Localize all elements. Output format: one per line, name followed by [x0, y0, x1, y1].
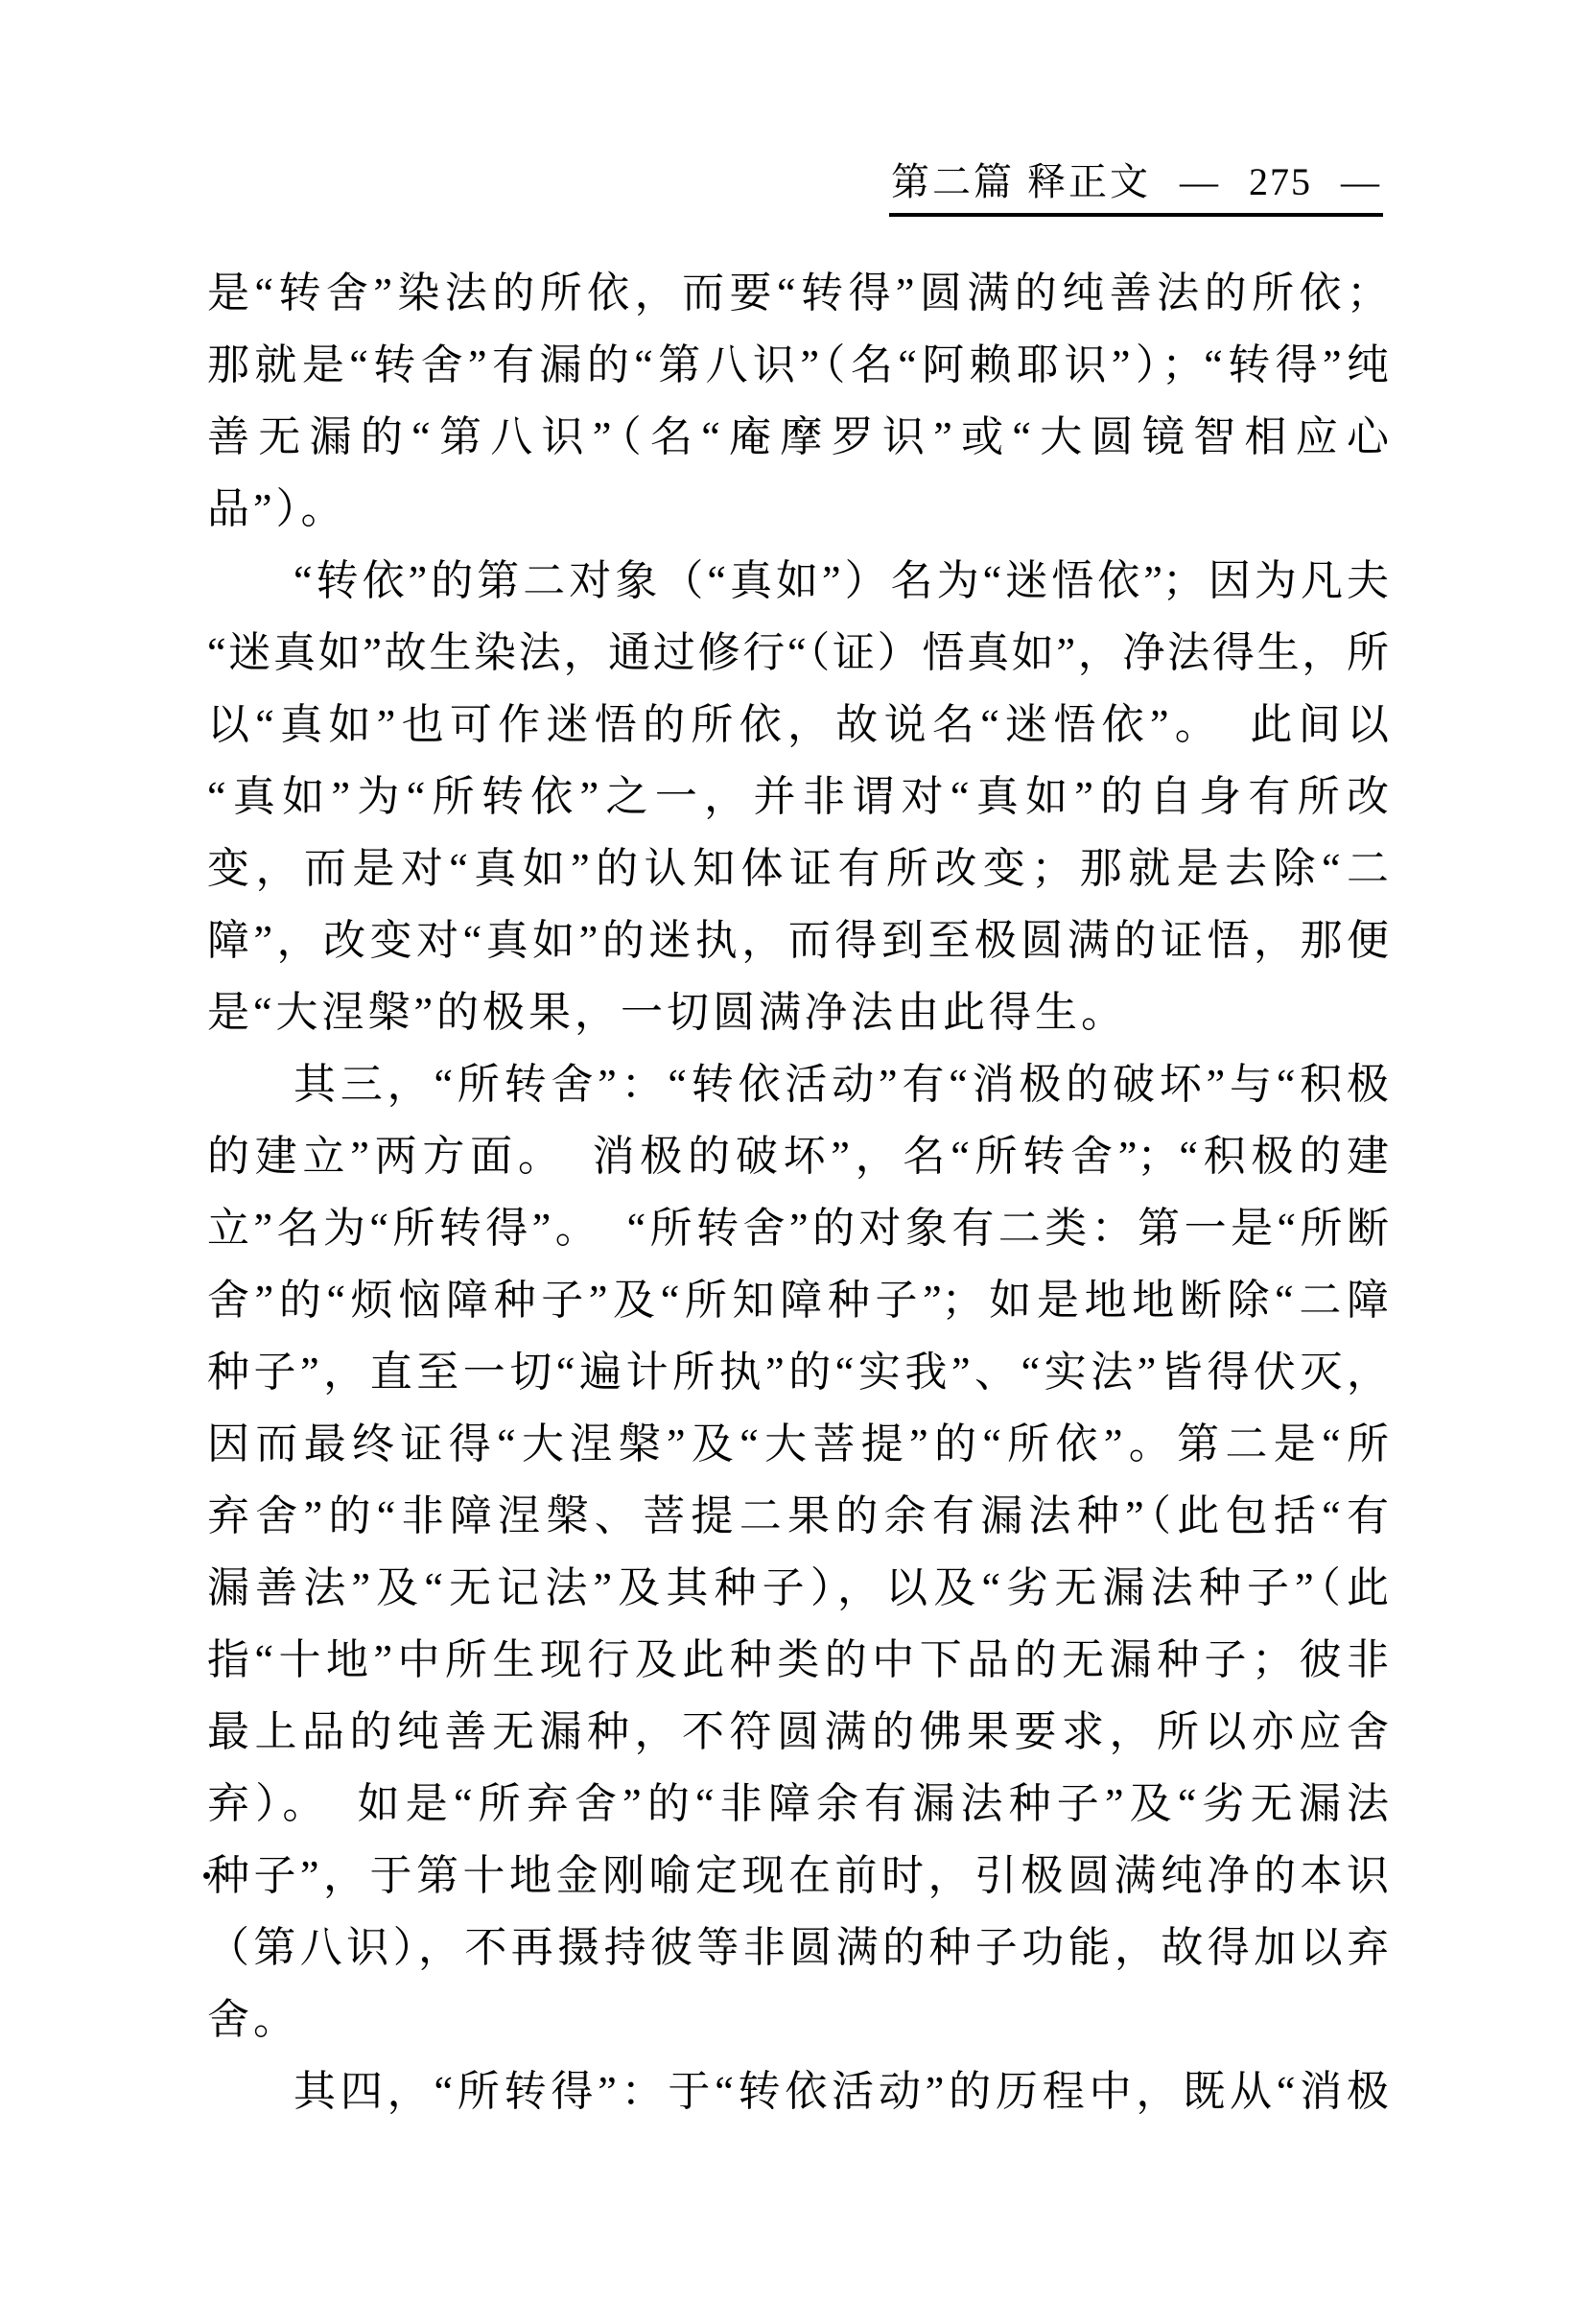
page-number: — 275 —	[1180, 163, 1381, 201]
text-line: 最上品的纯善无漏种，不符圆满的佛果要求，所以亦应舍	[207, 1696, 1389, 1768]
text-line: 弃舍”的“非障涅槃、菩提二果的余有漏法种”（此包括“有	[207, 1480, 1389, 1552]
text-line: 其四，“所转得”：于“转依活动”的历程中，既从“消极	[207, 2055, 1389, 2127]
text-line: 的建立”两方面。 消极的破坏”，名“所转舍”；“积极的建	[207, 1120, 1389, 1192]
text-line: 舍”的“烦恼障种子”及“所知障种子”；如是地地断除“二障	[207, 1264, 1389, 1336]
text-line: （第八识），不再摄持彼等非圆满的种子功能，故得加以弃	[207, 1912, 1389, 1984]
scan-speck	[203, 1872, 210, 1879]
text-line: 立”名为“所转得”。 “所转舍”的对象有二类：第一是“所断	[207, 1192, 1389, 1264]
text-line: “迷真如”故生染法，通过修行“（证）悟真如”，净法得生，所	[207, 617, 1389, 689]
text-line: 弃）。 如是“所弃舍”的“非障余有漏法种子”及“劣无漏法	[207, 1768, 1389, 1840]
text-line: “真如”为“所转依”之一，并非谓对“真如”的自身有所改	[207, 761, 1389, 833]
text-line: 是“大涅槃”的极果，一切圆满净法由此得生。	[207, 976, 1389, 1048]
body-text: 是“转舍”染法的所依，而要“转得”圆满的纯善法的所依； 那就是“转舍”有漏的“第…	[207, 257, 1389, 2127]
text-line: 种子”，于第十地金刚喻定现在前时，引极圆满纯净的本识	[207, 1840, 1389, 1912]
text-line: 善无漏的“第八识”（名“庵摩罗识”或“大圆镜智相应心	[207, 401, 1389, 473]
text-line: 以“真如”也可作迷悟的所依，故说名“迷悟依”。 此间以	[207, 689, 1389, 761]
text-line: 指“十地”中所生现行及此种类的中下品的无漏种子；彼非	[207, 1624, 1389, 1696]
book-page: 第二篇 释正文 — 275 — 是“转舍”染法的所依，而要“转得”圆满的纯善法的…	[0, 0, 1596, 2301]
text-line: 漏善法”及“无记法”及其种子），以及“劣无漏法种子”（此	[207, 1552, 1389, 1624]
text-line: 品”）。	[207, 473, 1389, 545]
section-title: 第二篇 释正文	[891, 163, 1151, 201]
text-line: 因而最终证得“大涅槃”及“大菩提”的“所依”。第二是“所	[207, 1408, 1389, 1480]
page-header: 第二篇 释正文 — 275 —	[889, 163, 1383, 217]
text-line: 其三，“所转舍”：“转依活动”有“消极的破坏”与“积极	[207, 1048, 1389, 1120]
text-line: 种子”，直至一切“遍计所执”的“实我”、“实法”皆得伏灭，	[207, 1336, 1389, 1408]
text-line: 那就是“转舍”有漏的“第八识”（名“阿赖耶识”）；“转得”纯	[207, 329, 1389, 401]
text-line: “转依”的第二对象（“真如”）名为“迷悟依”；因为凡夫	[207, 545, 1389, 617]
text-line: 障”，改变对“真如”的迷执，而得到至极圆满的证悟，那便	[207, 904, 1389, 976]
text-line: 变，而是对“真如”的认知体证有所改变；那就是去除“二	[207, 833, 1389, 904]
text-line: 是“转舍”染法的所依，而要“转得”圆满的纯善法的所依；	[207, 257, 1389, 329]
text-line: 舍。	[207, 1984, 1389, 2055]
